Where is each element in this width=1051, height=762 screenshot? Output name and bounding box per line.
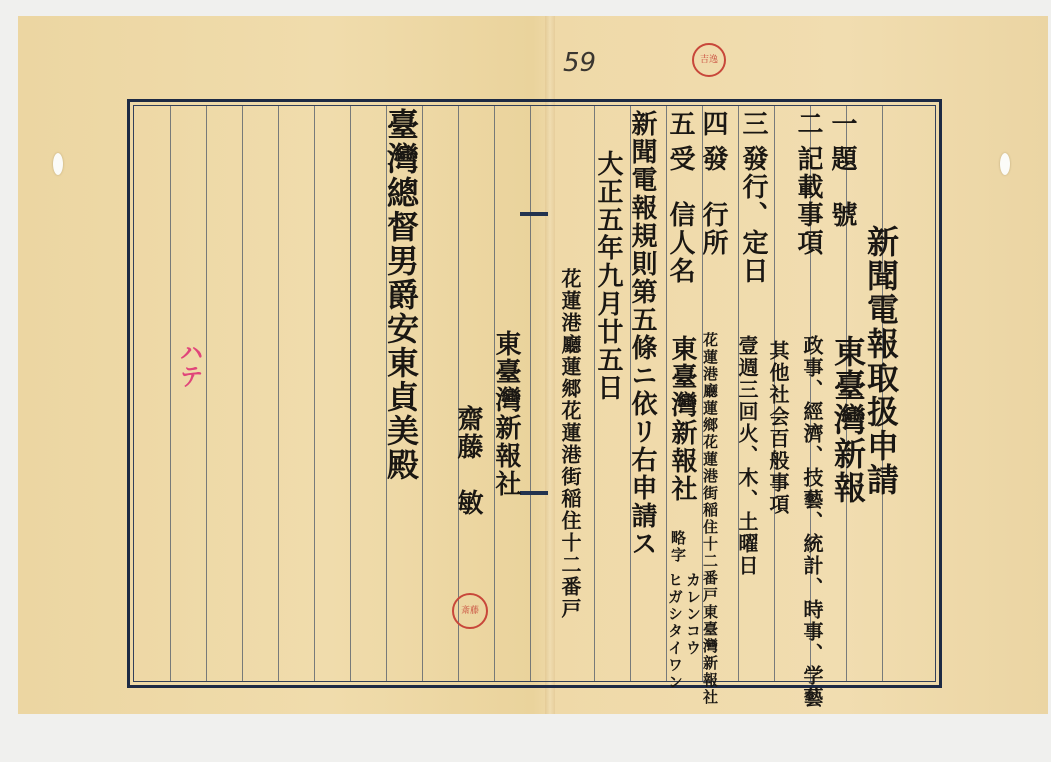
red-annotation: ハテ	[172, 340, 207, 388]
item-3-number: 三	[735, 110, 772, 138]
item-2-label: 記載事項	[790, 145, 827, 257]
seal-text: 斎藤	[461, 606, 479, 616]
item-3-label: 發行、定日	[735, 145, 772, 285]
applicant-name: 齋藤 敏	[450, 405, 487, 517]
column-rule	[350, 106, 351, 681]
column-rule	[278, 106, 279, 681]
closing-statement: 新聞電報規則第五條ニ依リ右申請ス	[624, 110, 661, 558]
applicant-seal: 斎藤	[452, 593, 488, 629]
seal-text: 吉逸	[700, 55, 718, 65]
column-rule	[458, 106, 459, 681]
item-5-note-line-1: カレンコウ	[683, 572, 704, 657]
item-2-value-line-2: 其他社会百般事項	[764, 340, 793, 516]
applicant-company: 東臺灣新報社	[488, 330, 525, 498]
item-5-note-line-2: ヒガシタイワン	[665, 572, 686, 691]
item-5-value: 東臺灣新報社	[664, 335, 701, 503]
column-rule	[206, 106, 207, 681]
item-2-value-line-1: 政事、經濟、技藝、統計、時事、学藝	[798, 335, 827, 709]
document-date: 大正五年九月廿五日	[590, 150, 627, 402]
item-5-number: 五	[662, 110, 699, 138]
binding-hole	[1000, 153, 1010, 175]
item-4-number: 四	[695, 110, 732, 138]
center-mark	[520, 212, 548, 216]
item-4-label: 發 行所	[695, 145, 732, 257]
column-rule	[242, 106, 243, 681]
item-1-value: 東臺灣新報	[825, 335, 871, 505]
column-rule	[170, 106, 171, 681]
column-rule	[530, 106, 531, 681]
registration-seal: 吉逸	[692, 43, 726, 77]
page-number: 59	[563, 48, 596, 78]
item-1-label: 題 號	[824, 145, 861, 229]
addressee: 臺灣總督男爵安東貞美殿	[378, 108, 424, 482]
column-rule	[314, 106, 315, 681]
item-5-label: 受 信人名	[662, 145, 699, 285]
binding-hole	[53, 153, 63, 175]
applicant-address: 花蓮港廳蓮郷花蓮港街稲住十二番戸	[556, 268, 585, 620]
item-1-number: 一	[824, 110, 861, 138]
item-2-number: 二	[790, 110, 827, 138]
item-3-value: 壹週三回火、木、土曜日	[733, 335, 762, 577]
item-5-note-label: 略字	[668, 530, 689, 564]
